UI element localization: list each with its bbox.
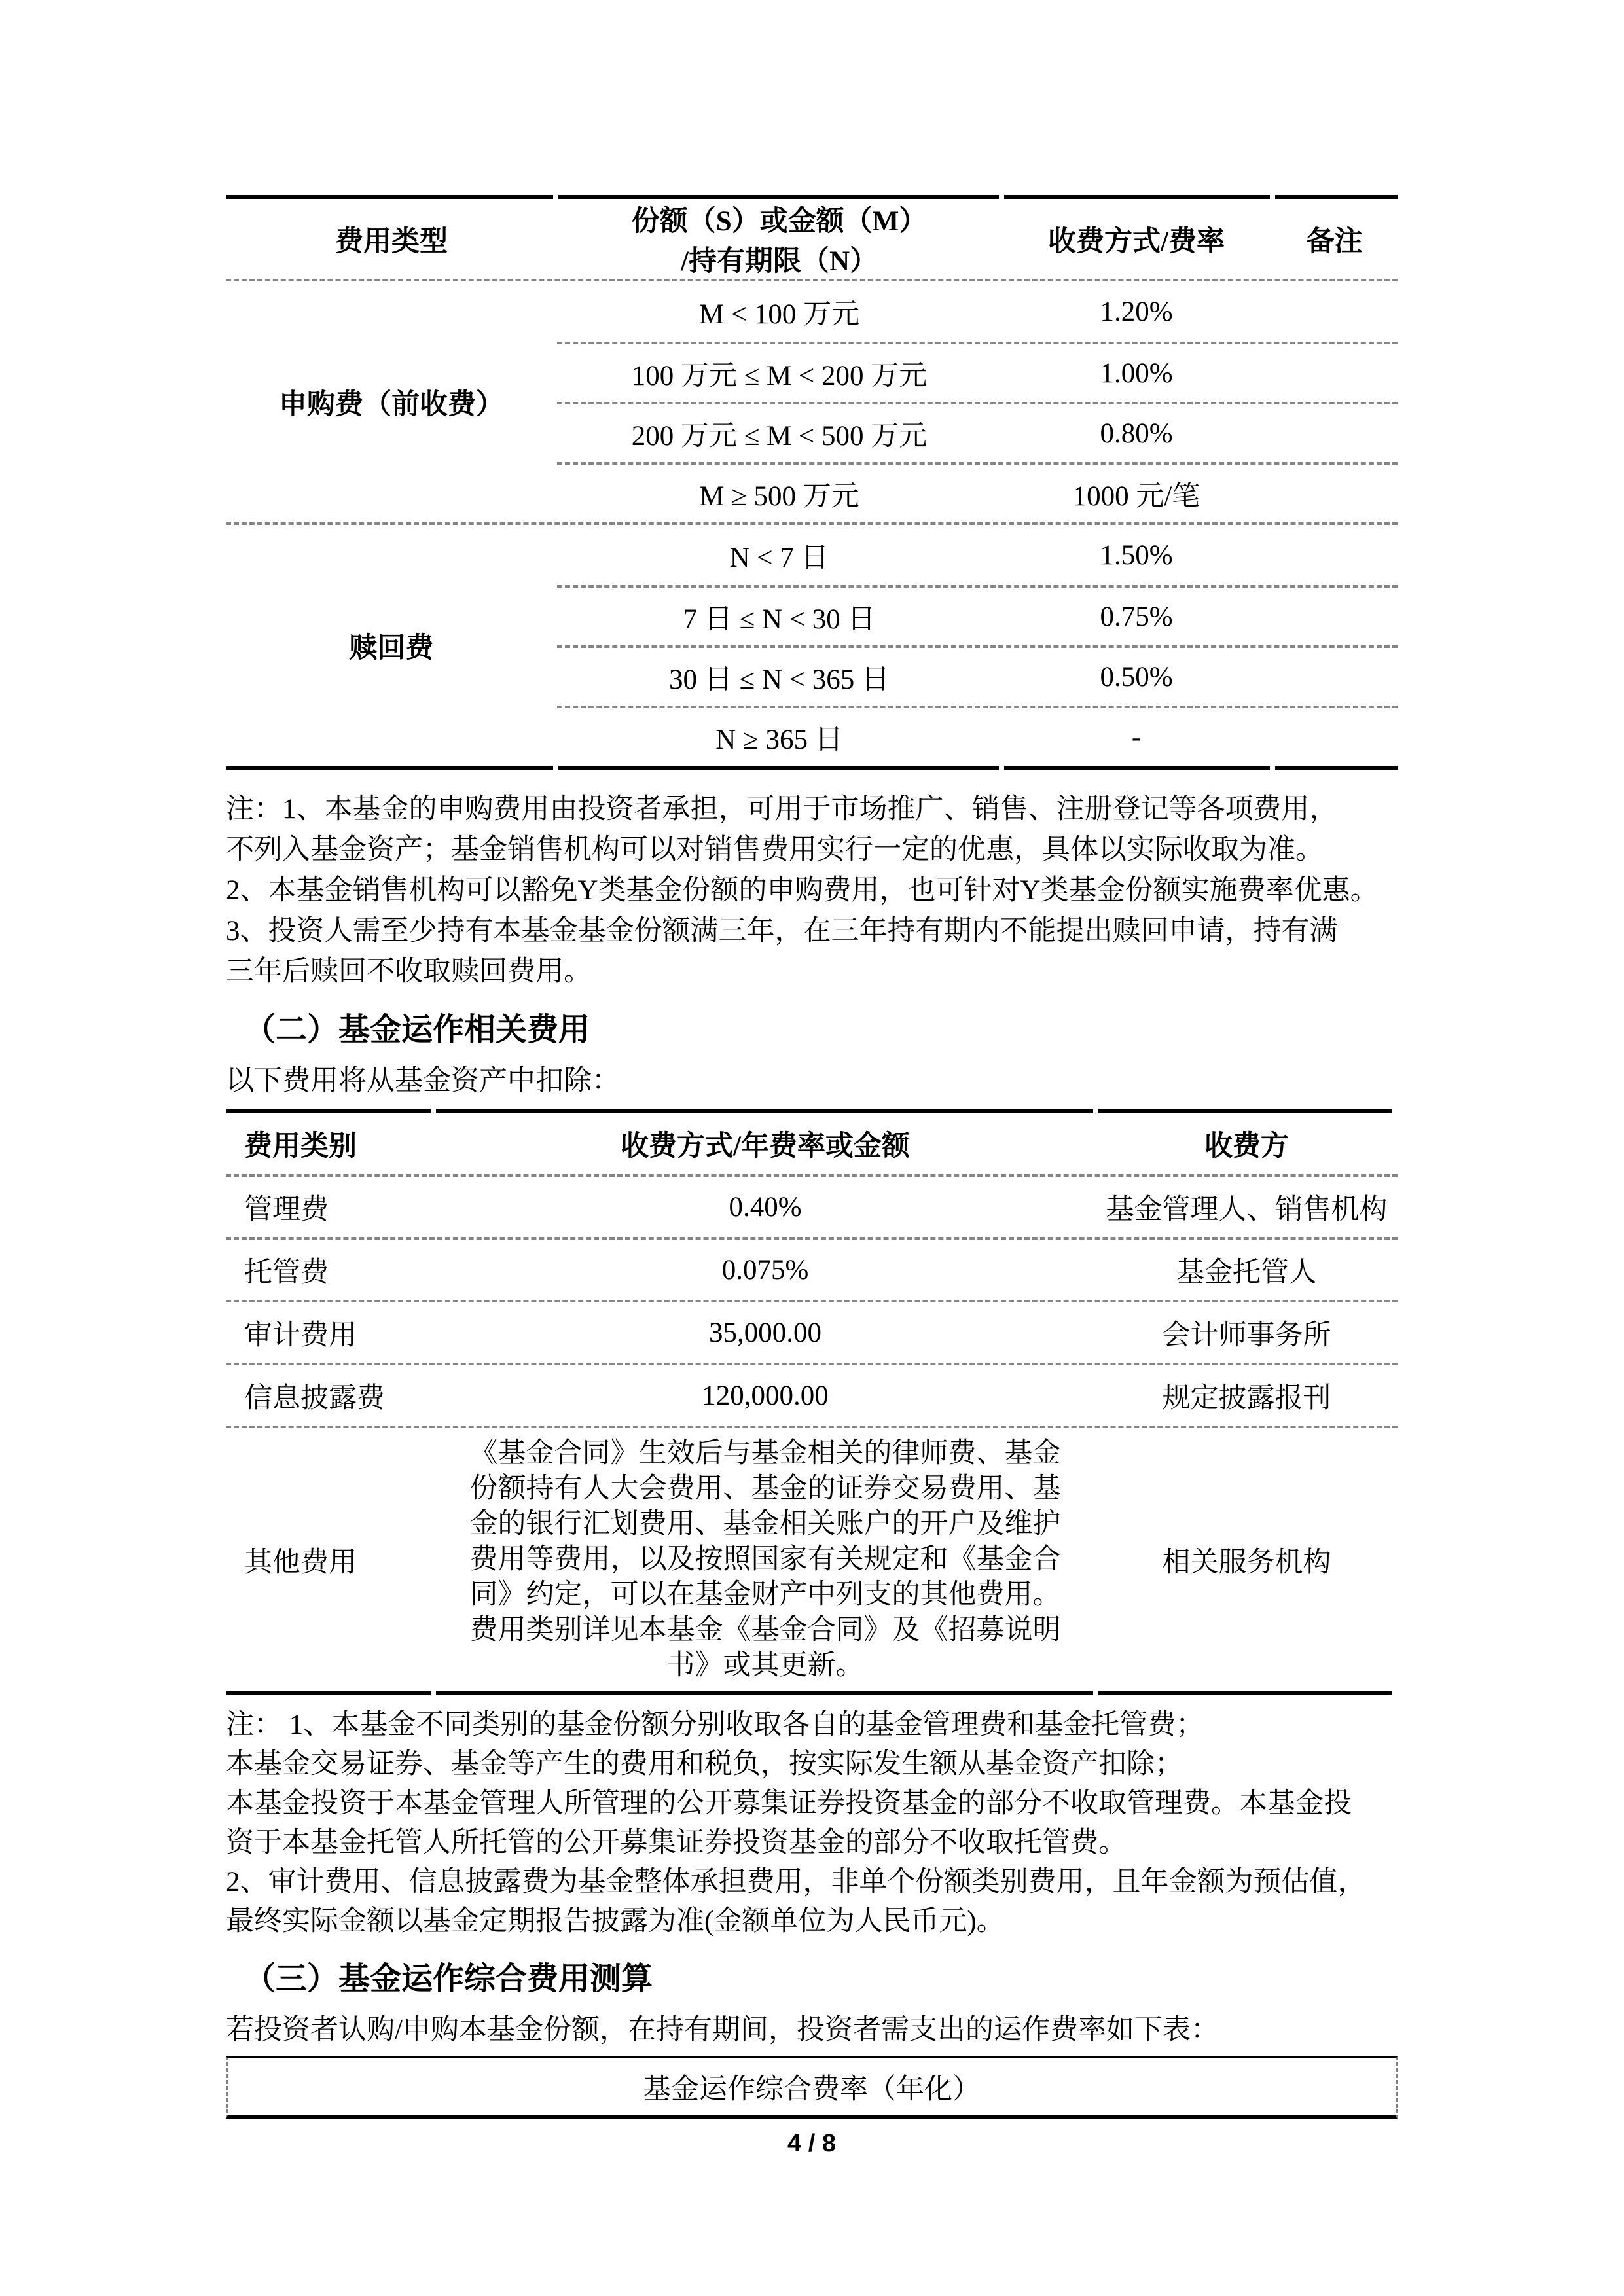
fee-table-header-row: 费用类型 份额（S）或金额（M） /持有期限（N） 收费方式/费率 备注 xyxy=(226,199,1398,279)
note-line: 不列入基金资产；基金销售机构可以对销售费用实行一定的优惠，具体以实际收取为准。 xyxy=(226,830,1398,870)
description-line: 费用类别详见本基金《基金合同》及《招募说明 xyxy=(435,1613,1096,1648)
description-line: 金的银行汇划费用、基金相关账户的开户及维护 xyxy=(435,1507,1096,1542)
fee-group-subscription: 申购费（前收费） M < 100 万元 1.20% 100 万元 ≤ M < 2… xyxy=(226,281,1398,522)
rate-cell: 0.075% xyxy=(435,1254,1096,1286)
fee-group-rows: N < 7 日 1.50% 7 日 ≤ N < 30 日 0.75% 30 日 … xyxy=(557,525,1398,766)
range-cell: 200 万元 ≤ M < 500 万元 xyxy=(557,414,1001,454)
rate-cell: 1.20% xyxy=(1001,296,1271,328)
range-cell: M < 100 万元 xyxy=(557,292,1001,332)
note-line: 三年后赎回不收取赎回费用。 xyxy=(226,952,1398,992)
description-line: 同》约定，可以在基金财产中列支的其他费用。 xyxy=(435,1577,1096,1613)
table-row: M ≥ 500 万元 1000 元/笔 xyxy=(557,462,1398,522)
border-segment xyxy=(1004,766,1270,770)
rate-cell: 0.50% xyxy=(1001,661,1271,693)
border-segment xyxy=(226,1109,431,1113)
fee-table: 费用类型 份额（S）或金额（M） /持有期限（N） 收费方式/费率 备注 申购费… xyxy=(226,195,1398,770)
header-annual-rate: 收费方式/年费率或金额 xyxy=(435,1124,1096,1164)
summary-rate-box: 基金运作综合费率（年化） xyxy=(226,2056,1398,2119)
border-segment xyxy=(1004,195,1270,199)
payee-cell: 相关服务机构 xyxy=(1096,1540,1398,1580)
range-cell: 30 日 ≤ N < 365 日 xyxy=(557,657,1001,697)
header-amount-line2: /持有期限（N） xyxy=(557,239,1001,279)
border-segment xyxy=(436,1109,1093,1113)
note-line: 资于本基金托管人所托管的公开募集证券投资基金的部分不收取托管费。 xyxy=(226,1823,1398,1863)
other-fees-description: 《基金合同》生效后与基金相关的律师费、基金 份额持有人大会费用、基金的证券交易费… xyxy=(435,1436,1096,1683)
section3-intro: 若投资者认购/申购本基金份额，在持有期间，投资者需支出的运作费率如下表： xyxy=(226,2007,1398,2047)
category-cell: 其他费用 xyxy=(226,1540,435,1580)
page-content: 费用类型 份额（S）或金额（M） /持有期限（N） 收费方式/费率 备注 申购费… xyxy=(226,0,1398,2158)
rate-cell: 35,000.00 xyxy=(435,1317,1096,1349)
table-row: N ≥ 365 日 - xyxy=(557,706,1398,766)
table-row: 100 万元 ≤ M < 200 万元 1.00% xyxy=(557,342,1398,402)
border-segment xyxy=(436,1691,1093,1695)
header-fee-type: 费用类型 xyxy=(226,219,557,259)
table-row: 管理费 0.40% 基金管理人、销售机构 xyxy=(226,1177,1398,1237)
category-cell: 托管费 xyxy=(226,1250,435,1290)
table-row: 审计费用 35,000.00 会计师事务所 xyxy=(226,1302,1398,1363)
page-number: 4 / 8 xyxy=(226,2130,1398,2158)
table-bottom-border xyxy=(226,766,1398,770)
description-line: 《基金合同》生效后与基金相关的律师费、基金 xyxy=(435,1436,1096,1471)
table-row: 200 万元 ≤ M < 500 万元 0.80% xyxy=(557,402,1398,462)
note-line: 最终实际金额以基金定期报告披露为准(金额单位为人民币元)。 xyxy=(226,1902,1398,1941)
table-row: M < 100 万元 1.20% xyxy=(557,281,1398,342)
table-row: 信息披露费 120,000.00 规定披露报刊 xyxy=(226,1365,1398,1426)
header-payee: 收费方 xyxy=(1096,1124,1398,1164)
description-line: 费用等费用，以及按照国家有关规定和《基金合 xyxy=(435,1542,1096,1577)
rate-cell: 0.40% xyxy=(435,1191,1096,1223)
border-segment xyxy=(1275,766,1398,770)
rate-cell: 0.80% xyxy=(1001,418,1271,450)
rate-cell: 120,000.00 xyxy=(435,1380,1096,1412)
rate-cell: 1000 元/笔 xyxy=(1001,474,1271,514)
description-line: 书》或其更新。 xyxy=(435,1648,1096,1683)
category-cell: 管理费 xyxy=(226,1187,435,1227)
note-line: 本基金投资于本基金管理人所管理的公开募集证券投资基金的部分不收取管理费。本基金投 xyxy=(226,1784,1398,1823)
range-cell: 100 万元 ≤ M < 200 万元 xyxy=(557,353,1001,393)
border-segment xyxy=(226,195,553,199)
payee-cell: 基金托管人 xyxy=(1096,1250,1398,1290)
description-line: 份额持有人大会费用、基金的证券交易费用、基 xyxy=(435,1471,1096,1507)
rate-cell: 0.75% xyxy=(1001,601,1271,633)
note-line: 2、本基金销售机构可以豁免Y类基金份额的申购费用，也可针对Y类基金份额实施费率优… xyxy=(226,870,1398,911)
table-top-border xyxy=(226,1109,1398,1113)
header-amount-line1: 份额（S）或金额（M） xyxy=(557,199,1001,239)
payee-cell: 规定披露报刊 xyxy=(1096,1376,1398,1416)
table-bottom-border xyxy=(226,1691,1398,1695)
note-line: 3、投资人需至少持有本基金基金份额满三年，在三年持有期内不能提出赎回申请，持有满 xyxy=(226,911,1398,952)
fee-group-rows: M < 100 万元 1.20% 100 万元 ≤ M < 200 万元 1.0… xyxy=(557,281,1398,522)
document-page: 费用类型 份额（S）或金额（M） /持有期限（N） 收费方式/费率 备注 申购费… xyxy=(0,0,1624,2296)
table-row-other-fees: 其他费用 《基金合同》生效后与基金相关的律师费、基金 份额持有人大会费用、基金的… xyxy=(226,1428,1398,1691)
range-cell: 7 日 ≤ N < 30 日 xyxy=(557,597,1001,637)
summary-rate-label: 基金运作综合费率（年化） xyxy=(643,2067,981,2107)
category-cell: 审计费用 xyxy=(226,1313,435,1353)
header-charge-method: 收费方式/费率 xyxy=(1001,219,1271,259)
note-line: 注： 1、本基金不同类别的基金份额分别收取各自的基金管理费和基金托管费； xyxy=(226,1706,1398,1745)
rate-cell: - xyxy=(1001,721,1271,753)
notes-table2: 注： 1、本基金不同类别的基金份额分别收取各自的基金管理费和基金托管费； 本基金… xyxy=(226,1706,1398,1941)
section2-intro: 以下费用将从基金资产中扣除： xyxy=(226,1058,1398,1098)
header-fee-category: 费用类别 xyxy=(226,1124,435,1164)
category-cell: 信息披露费 xyxy=(226,1376,435,1416)
operation-fee-table: 费用类别 收费方式/年费率或金额 收费方 管理费 0.40% 基金管理人、销售机… xyxy=(226,1109,1398,1695)
border-segment xyxy=(1275,195,1398,199)
border-segment xyxy=(226,1691,431,1695)
fee-group-label: 申购费（前收费） xyxy=(226,281,557,522)
note-line: 2、审计费用、信息披露费为基金整体承担费用，非单个份额类别费用，且年金额为预估值… xyxy=(226,1863,1398,1902)
rate-cell: 1.00% xyxy=(1001,357,1271,389)
border-segment xyxy=(1098,1691,1392,1695)
range-cell: N ≥ 365 日 xyxy=(557,717,1001,757)
header-amount-holding: 份额（S）或金额（M） /持有期限（N） xyxy=(557,199,1001,279)
notes-table1: 注：1、本基金的申购费用由投资者承担，可用于市场推广、销售、注册登记等各项费用，… xyxy=(226,789,1398,992)
operation-table-header-row: 费用类别 收费方式/年费率或金额 收费方 xyxy=(226,1113,1398,1174)
range-cell: N < 7 日 xyxy=(557,535,1001,575)
header-remark: 备注 xyxy=(1271,219,1398,259)
border-segment xyxy=(1098,1109,1392,1113)
rate-cell: 1.50% xyxy=(1001,539,1271,571)
fee-group-redemption: 赎回费 N < 7 日 1.50% 7 日 ≤ N < 30 日 0.75% 3… xyxy=(226,525,1398,766)
range-cell: M ≥ 500 万元 xyxy=(557,474,1001,514)
section3-heading: （三）基金运作综合费用测算 xyxy=(226,1953,1398,1998)
payee-cell: 会计师事务所 xyxy=(1096,1313,1398,1353)
border-segment xyxy=(226,766,553,770)
table-row: 7 日 ≤ N < 30 日 0.75% xyxy=(557,585,1398,645)
note-line: 注：1、本基金的申购费用由投资者承担，可用于市场推广、销售、注册登记等各项费用， xyxy=(226,789,1398,830)
table-row: 托管费 0.075% 基金托管人 xyxy=(226,1240,1398,1300)
table-row: N < 7 日 1.50% xyxy=(557,525,1398,585)
border-segment xyxy=(558,766,999,770)
section2-heading: （二）基金运作相关费用 xyxy=(226,1004,1398,1049)
payee-cell: 基金管理人、销售机构 xyxy=(1096,1187,1398,1227)
table-row: 30 日 ≤ N < 365 日 0.50% xyxy=(557,645,1398,706)
note-line: 本基金交易证券、基金等产生的费用和税负，按实际发生额从基金资产扣除； xyxy=(226,1745,1398,1784)
fee-group-label: 赎回费 xyxy=(226,525,557,766)
